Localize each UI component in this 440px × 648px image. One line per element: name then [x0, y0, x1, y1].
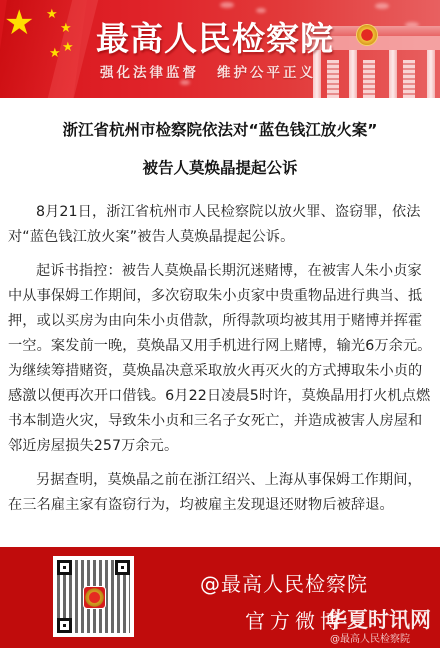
procuratorate-logo-icon	[83, 586, 106, 609]
bokeh-light	[220, 2, 234, 8]
qr-code-icon[interactable]	[53, 556, 134, 637]
article-headline-line2: 被告人莫焕晶提起公诉	[0, 156, 440, 178]
weibo-handle-watermark: @最高人民检察院	[330, 630, 410, 645]
small-star-icon: ★	[49, 47, 61, 60]
large-star-icon: ★	[4, 6, 34, 40]
article-headline-line1: 浙江省杭州市检察院依法对“蓝色钱江放火案”	[0, 118, 440, 140]
article-paragraph: 起诉书指控：被告人莫焕晶长期沉迷赌博，在被害人朱小贞家中从事保姆工作期间，多次窃…	[8, 259, 434, 459]
article-paragraph: 8月21日，浙江省杭州市人民检察院以放火罪、盗窃罪，依法对“蓝色钱江放火案”被告…	[8, 200, 434, 250]
banner-title: 最高人民检察院	[96, 13, 334, 60]
weibo-account-name: @最高人民检察院	[200, 568, 368, 597]
slogan-left: 强化法律监督	[100, 65, 199, 81]
national-emblem-icon	[356, 24, 378, 46]
article-paragraph: 另据查明，莫焕晶之前在浙江绍兴、上海从事保姆工作期间，在三名雇主家有盗窃行为，均…	[8, 468, 434, 518]
header-banner: ★ ★ ★ ★ ★ 最高人民检察院 强化法律监督维护公平正义	[0, 0, 440, 98]
slogan-right: 维护公平正义	[217, 65, 316, 81]
small-star-icon: ★	[62, 41, 74, 54]
small-star-icon: ★	[46, 8, 58, 21]
banner-slogan: 强化法律监督维护公平正义	[100, 61, 316, 81]
small-star-icon: ★	[60, 22, 72, 35]
